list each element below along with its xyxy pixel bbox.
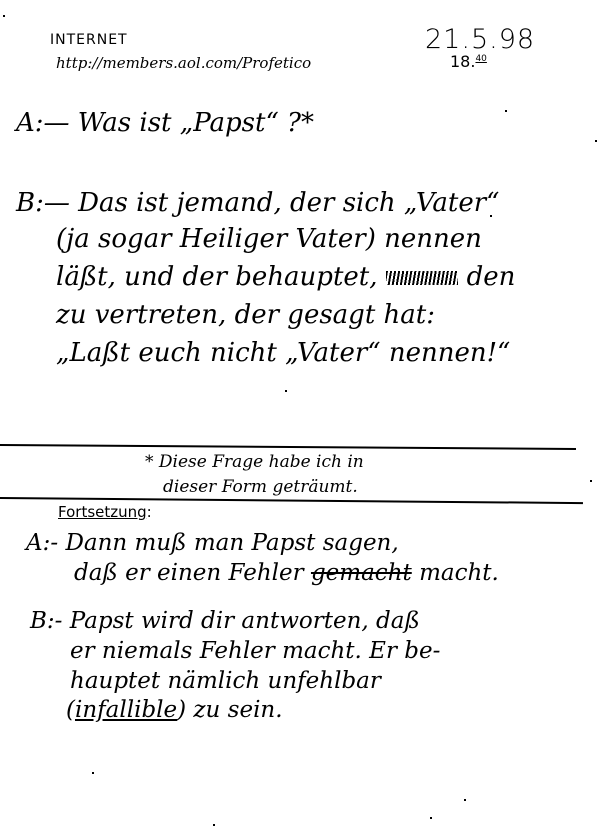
answer-b-line5: „Laßt euch nicht „Vater“ nennen!“	[56, 338, 510, 368]
continuation-a-line2: daß er einen Fehler gemacht macht.	[74, 560, 499, 586]
time: 18.40	[450, 52, 487, 71]
continuation-a-line1: A:- Dann muß man Papst sagen,	[26, 530, 399, 556]
footnote-line2: dieser Form geträumt.	[163, 477, 358, 497]
continuation-label-text: Fortsetzung	[58, 503, 147, 521]
header-title: INTERNET	[50, 32, 128, 48]
continuation-label: Fortsetzung:	[58, 503, 152, 521]
scan-speck	[3, 15, 5, 17]
answer-b-line3-text: läßt, und der behauptet,	[56, 262, 378, 292]
continuation-b-line4: (infallible) zu sein.	[66, 697, 283, 723]
answer-b-line3-end: den	[467, 262, 516, 292]
continuation-a-line2-end: macht.	[419, 560, 499, 586]
continuation-b-line3: hauptet nämlich unfehlbar	[70, 668, 381, 694]
continuation-colon: :	[147, 503, 152, 521]
date: 21.5.98	[425, 24, 535, 55]
scan-speck	[92, 772, 94, 774]
scan-speck	[213, 824, 215, 826]
time-minutes: 40	[475, 54, 486, 64]
scan-speck	[595, 140, 597, 142]
answer-b-line1: B:— Das ist jemand, der sich „Vater“	[16, 188, 499, 218]
continuation-b-line4-end: ) zu sein.	[177, 697, 282, 723]
scan-speck	[590, 480, 592, 482]
answer-b-line2: (ja sogar Heiliger Vater) nennen	[56, 224, 482, 254]
header-url: http://members.aol.com/Profetico	[56, 54, 311, 72]
continuation-b-line2: er niemals Fehler macht. Er be-	[70, 638, 440, 664]
continuation-b-line1: B:- Papst wird dir antworten, daß	[30, 608, 420, 634]
scan-speck	[490, 215, 492, 217]
struck-word: gemacht	[311, 560, 412, 586]
scan-speck	[430, 817, 432, 819]
continuation-a-line2-text: daß er einen Fehler	[74, 560, 304, 586]
separator-line-top	[0, 444, 576, 450]
footnote-line1: * Diese Frage habe ich in	[145, 452, 364, 472]
paren-open: (	[66, 697, 75, 723]
scan-speck	[505, 110, 507, 112]
crossed-out-word: einen	[386, 271, 459, 285]
underlined-word: infallible	[75, 697, 177, 723]
question-a1: A:— Was ist „Papst“ ?*	[16, 108, 314, 138]
answer-b-line3: läßt, und der behauptet, einen den	[56, 262, 515, 292]
scan-speck	[285, 390, 287, 392]
time-hour: 18.	[450, 52, 475, 71]
answer-b-line4: zu vertreten, der gesagt hat:	[56, 300, 435, 330]
scan-speck	[464, 799, 466, 801]
